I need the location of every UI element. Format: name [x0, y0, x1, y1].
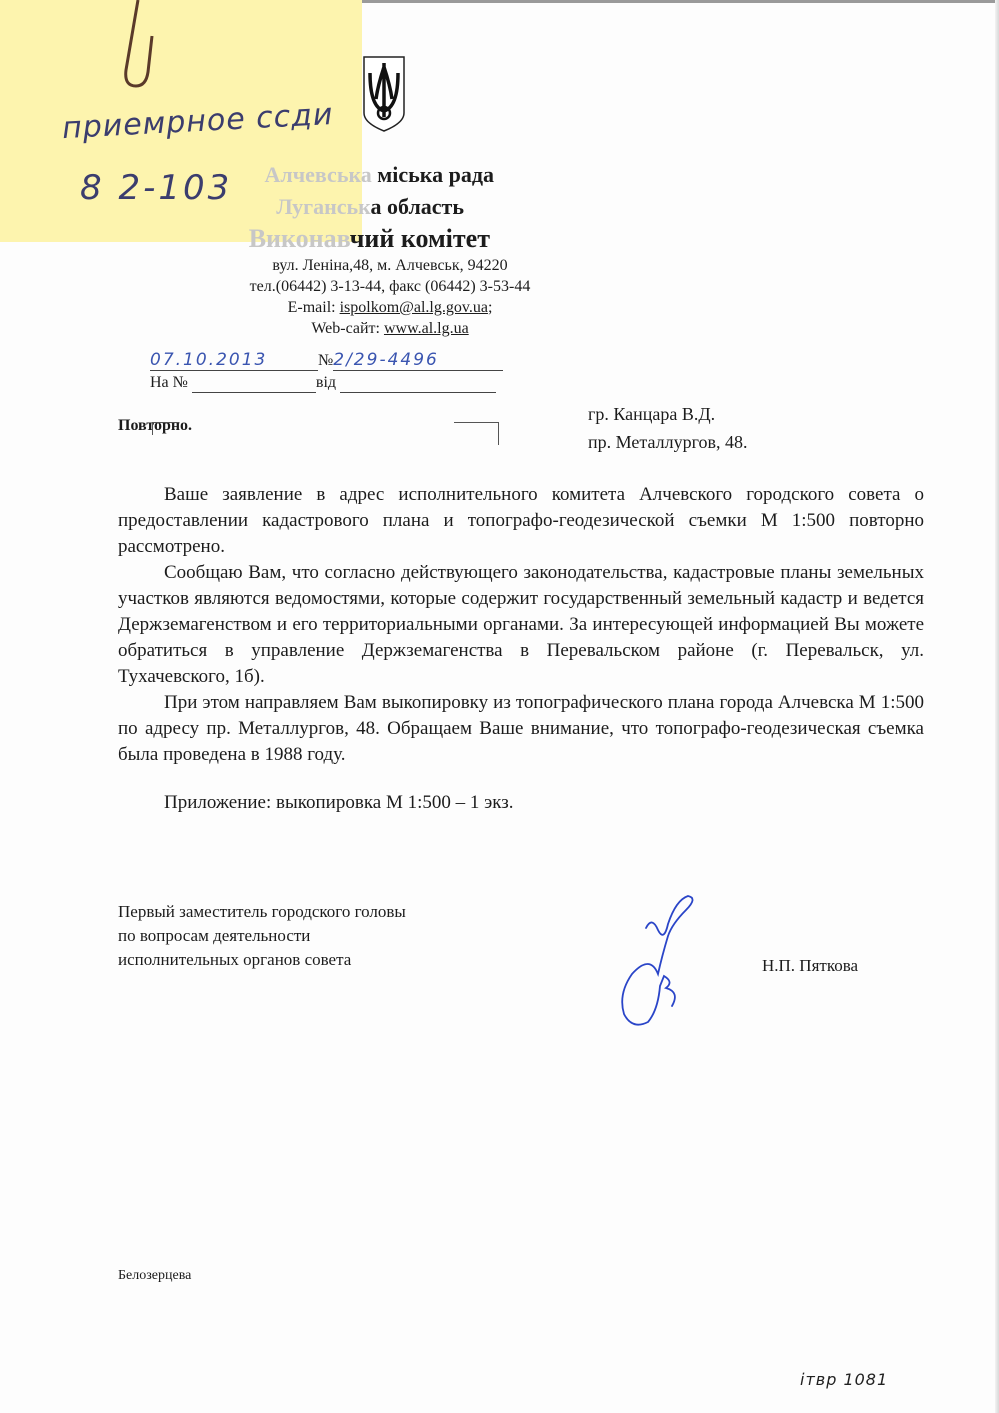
attachment-line: Приложение: выкопировка М 1:500 – 1 экз. — [118, 790, 924, 816]
contact-block: вул. Леніна,48, м. Алчевськ, 94220 тел.(… — [130, 255, 650, 339]
web-link[interactable]: www.al.lg.ua — [384, 320, 469, 337]
paper-top-edge — [360, 0, 999, 3]
recipient-address: пр. Металлургов, 48. — [588, 428, 748, 456]
date-number-line: 07.10.2013№2/29-4496 — [150, 350, 503, 371]
council-name: Алчевська міська рада — [190, 162, 494, 188]
letter-date: 07.10.2013 — [150, 350, 267, 370]
email-line: E-mail: ispolkom@al.lg.gov.ua; — [130, 297, 650, 318]
region-name: Луганська область — [190, 194, 464, 220]
body-paragraph-3: При этом направляем Вам выкопировку из т… — [118, 690, 924, 768]
web-line: Web-сайт: www.al.lg.ua — [130, 318, 650, 339]
letter-body: Ваше заявление в адрес исполнительного к… — [118, 482, 924, 816]
inventory-handwritten-note: ітвр 1081 — [800, 1370, 888, 1389]
paper-right-edge — [995, 0, 999, 1413]
address-line: вул. Леніна,48, м. Алчевськ, 94220 — [130, 255, 650, 276]
recipient-block: гр. Канцара В.Д. пр. Металлургов, 48. — [588, 400, 748, 456]
address-field-corner-right — [454, 422, 499, 445]
sticky-handwriting-line1: приемрное ссди — [61, 97, 334, 146]
executor-name: Белозерцева — [118, 1268, 191, 1284]
reply-reference-line: На № від — [150, 374, 496, 393]
paperclip-icon — [118, 0, 158, 92]
trident-emblem-icon — [362, 55, 406, 133]
scanned-letter-page: приемрное ссди 8 2-103 Алчевська міська … — [0, 0, 999, 1413]
committee-name: Виконавчий комітет — [190, 224, 490, 254]
letter-number: 2/29-4496 — [333, 350, 439, 370]
address-field-corner-left — [152, 422, 179, 435]
handwritten-signature-icon — [592, 890, 712, 1030]
signer-title: Первый заместитель городского головы по … — [118, 900, 406, 972]
recipient-name: гр. Канцара В.Д. — [588, 400, 748, 428]
email-link[interactable]: ispolkom@al.lg.gov.ua — [340, 299, 488, 316]
signer-name: Н.П. Пяткова — [762, 956, 858, 976]
phone-line: тел.(06442) 3-13-44, факс (06442) 3-53-4… — [130, 276, 650, 297]
body-paragraph-2: Сообщаю Вам, что согласно действующего з… — [118, 560, 924, 690]
body-paragraph-1: Ваше заявление в адрес исполнительного к… — [118, 482, 924, 560]
